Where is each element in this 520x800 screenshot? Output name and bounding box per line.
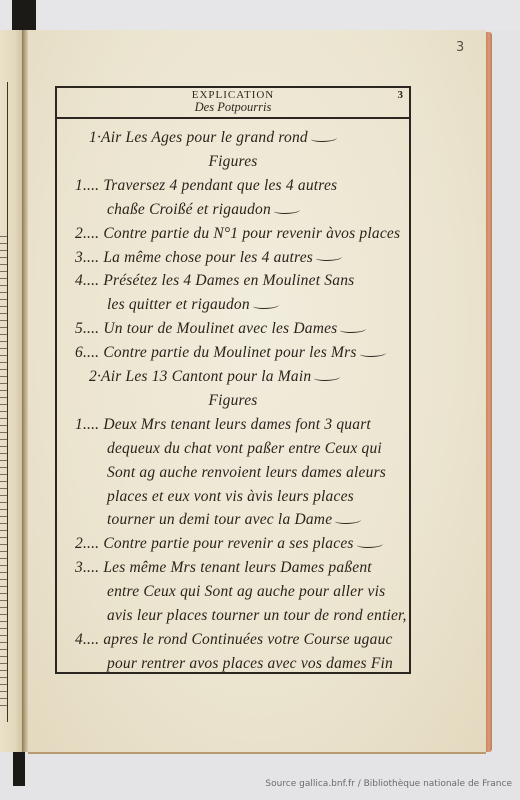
line-text: les quitter et rigaudon bbox=[107, 296, 250, 313]
flourish-dash-icon bbox=[357, 541, 383, 548]
line-text: Sont ag auche renvoient leurs dames aleu… bbox=[107, 464, 386, 481]
page-edge-red bbox=[486, 32, 492, 752]
text-line: entre Ceux qui Sont ag auche pour aller … bbox=[107, 583, 385, 601]
flourish-dash-icon bbox=[253, 302, 279, 309]
text-line: tourner un demi tour avec la Dame bbox=[107, 511, 361, 529]
text-line: pour rentrer avos places avec vos dames … bbox=[107, 655, 393, 673]
line-text: 1·Air Les Ages pour le grand rond bbox=[89, 129, 308, 146]
line-text: avis leur places tourner un tour de rond… bbox=[107, 607, 407, 624]
line-text: 1.... Traversez 4 pendant que les 4 autr… bbox=[75, 177, 337, 194]
line-text: 2·Air Les 13 Cantont pour la Main bbox=[89, 368, 311, 385]
line-text: chaße Croißé et rigaudon bbox=[107, 201, 271, 218]
line-text: 4.... Présétez les 4 Dames en Moulinet S… bbox=[75, 272, 354, 289]
line-text: entre Ceux qui Sont ag auche pour aller … bbox=[107, 583, 385, 600]
section-heading: Figures bbox=[57, 392, 409, 410]
text-line: Sont ag auche renvoient leurs dames aleu… bbox=[107, 464, 386, 482]
line-text: 5.... Un tour de Moulinet avec les Dames bbox=[75, 320, 337, 337]
text-line: 2.... Contre partie pour revenir a ses p… bbox=[75, 535, 383, 553]
line-text: 2.... Contre partie du N°1 pour revenir … bbox=[75, 225, 400, 242]
text-line: places et eux vont vis àvis leurs places bbox=[107, 488, 354, 506]
line-text: tourner un demi tour avec la Dame bbox=[107, 511, 332, 528]
line-text: 2.... Contre partie pour revenir a ses p… bbox=[75, 535, 354, 552]
flourish-dash-icon bbox=[311, 135, 337, 142]
line-text: places et eux vont vis àvis leurs places bbox=[107, 488, 354, 505]
source-credit: Source gallica.bnf.fr / Bibliothèque nat… bbox=[265, 779, 512, 789]
bookmark-ribbon-top bbox=[12, 0, 36, 32]
line-text: Figures bbox=[208, 392, 257, 409]
text-line: chaße Croißé et rigaudon bbox=[107, 201, 300, 219]
line-text: 1.... Deux Mrs tenant leurs dames font 3… bbox=[75, 416, 371, 433]
corner-page-number: 3 bbox=[456, 40, 464, 55]
text-line: 3.... La même chose pour les 4 autres bbox=[75, 249, 342, 267]
text-line: les quitter et rigaudon bbox=[107, 296, 279, 314]
engraved-frame: EXPLICATION Des Potpourris 3 1·Air Les A… bbox=[55, 86, 411, 674]
bookmark-ribbon-bottom bbox=[13, 752, 25, 786]
text-line: 2·Air Les 13 Cantont pour la Main bbox=[89, 368, 340, 386]
frame-page-number: 3 bbox=[398, 89, 404, 101]
flourish-dash-icon bbox=[316, 254, 342, 261]
line-text: pour rentrer avos places avec vos dames … bbox=[107, 655, 393, 672]
page-subtitle: Des Potpourris bbox=[57, 101, 409, 114]
line-text: 4.... apres le rond Continuées votre Cou… bbox=[75, 631, 393, 648]
line-text: 3.... Les même Mrs tenant leurs Dames pa… bbox=[75, 559, 372, 576]
viewer-top-bar bbox=[0, 0, 520, 30]
flourish-dash-icon bbox=[335, 517, 361, 524]
section-heading: Figures bbox=[57, 153, 409, 171]
text-line: avis leur places tourner un tour de rond… bbox=[107, 607, 407, 625]
line-text: 3.... La même chose pour les 4 autres bbox=[75, 249, 313, 266]
line-text: 6.... Contre partie du Moulinet pour les… bbox=[75, 344, 357, 361]
text-line: dequeux du chat vont paßer entre Ceux qu… bbox=[107, 440, 382, 458]
text-line: 5.... Un tour de Moulinet avec les Dames bbox=[75, 320, 366, 338]
line-text: Figures bbox=[208, 153, 257, 170]
left-facing-page bbox=[0, 30, 22, 752]
text-line: 6.... Contre partie du Moulinet pour les… bbox=[75, 344, 386, 362]
text-line: 1·Air Les Ages pour le grand rond bbox=[89, 129, 337, 147]
flourish-dash-icon bbox=[274, 207, 300, 214]
text-line: 2.... Contre partie du N°1 pour revenir … bbox=[75, 225, 400, 243]
text-line: 3.... Les même Mrs tenant leurs Dames pa… bbox=[75, 559, 372, 577]
text-line: 1.... Deux Mrs tenant leurs dames font 3… bbox=[75, 416, 371, 434]
flourish-dash-icon bbox=[314, 374, 340, 381]
text-line: 4.... apres le rond Continuées votre Cou… bbox=[75, 631, 393, 649]
left-page-ruled-lines bbox=[0, 230, 7, 710]
flourish-dash-icon bbox=[340, 326, 366, 333]
text-line: 4.... Présétez les 4 Dames en Moulinet S… bbox=[75, 272, 354, 290]
text-line: 1.... Traversez 4 pendant que les 4 autr… bbox=[75, 177, 337, 195]
frame-header: EXPLICATION Des Potpourris 3 bbox=[57, 88, 409, 119]
line-text: dequeux du chat vont paßer entre Ceux qu… bbox=[107, 440, 382, 457]
flourish-dash-icon bbox=[360, 350, 386, 357]
